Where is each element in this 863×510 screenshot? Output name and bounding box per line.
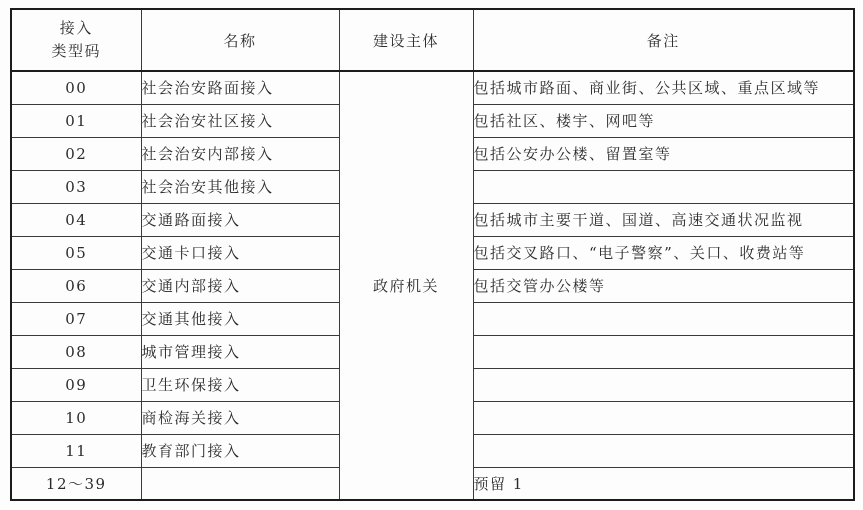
header-builder: 建设主体	[339, 9, 473, 71]
name-cell: 城市管理接入	[141, 335, 339, 368]
remark-cell: 包括交管办公楼等	[473, 269, 854, 302]
table-row: 00 社会治安路面接入 政府机关包括城市路面、商业街、公共区域、重点区域等	[11, 71, 854, 104]
remark-cell	[473, 335, 854, 368]
code-cell: 10	[11, 401, 141, 434]
name-cell: 教育部门接入	[141, 434, 339, 467]
name-cell: 社会治安路面接入	[141, 71, 339, 104]
header-code-line1: 接入	[12, 17, 141, 40]
code-cell: 06	[11, 269, 141, 302]
header-remark: 备注	[473, 9, 854, 71]
code-cell: 05	[11, 236, 141, 269]
code-cell: 12～39	[11, 467, 141, 500]
name-cell: 交通内部接入	[141, 269, 339, 302]
remark-cell	[473, 302, 854, 335]
code-cell: 07	[11, 302, 141, 335]
code-cell: 09	[11, 368, 141, 401]
document-page: 接入 类型码 名称 建设主体 备注 00 社会治安路面接入 政府机关包括城市路面…	[0, 0, 863, 510]
code-cell: 04	[11, 203, 141, 236]
header-code-line2: 类型码	[12, 40, 141, 63]
name-cell: 社会治安内部接入	[141, 137, 339, 170]
code-cell: 02	[11, 137, 141, 170]
remark-cell: 包括社区、楼宇、网吧等	[473, 104, 854, 137]
table-body: 00 社会治安路面接入 政府机关包括城市路面、商业街、公共区域、重点区域等 01…	[11, 71, 854, 500]
name-cell	[141, 467, 339, 500]
header-name: 名称	[141, 9, 339, 71]
header-code: 接入 类型码	[11, 9, 141, 71]
builder-cell: 政府机关	[339, 71, 473, 500]
name-cell: 社会治安社区接入	[141, 104, 339, 137]
name-cell: 交通卡口接入	[141, 236, 339, 269]
code-cell: 00	[11, 71, 141, 104]
name-cell: 卫生环保接入	[141, 368, 339, 401]
code-cell: 08	[11, 335, 141, 368]
code-cell: 01	[11, 104, 141, 137]
remark-cell: 包括城市主要干道、国道、高速交通状况监视	[473, 203, 854, 236]
remark-cell	[473, 401, 854, 434]
code-cell: 03	[11, 170, 141, 203]
access-type-code-table: 接入 类型码 名称 建设主体 备注 00 社会治安路面接入 政府机关包括城市路面…	[10, 8, 855, 501]
remark-cell	[473, 170, 854, 203]
name-cell: 社会治安其他接入	[141, 170, 339, 203]
code-cell: 11	[11, 434, 141, 467]
table-header-row: 接入 类型码 名称 建设主体 备注	[11, 9, 854, 71]
remark-cell: 包括公安办公楼、留置室等	[473, 137, 854, 170]
remark-cell: 包括交叉路口、“电子警察”、关口、收费站等	[473, 236, 854, 269]
remark-cell	[473, 368, 854, 401]
remark-cell: 包括城市路面、商业街、公共区域、重点区域等	[473, 71, 854, 104]
remark-cell: 预留 1	[473, 467, 854, 500]
name-cell: 商检海关接入	[141, 401, 339, 434]
remark-cell	[473, 434, 854, 467]
name-cell: 交通其他接入	[141, 302, 339, 335]
name-cell: 交通路面接入	[141, 203, 339, 236]
